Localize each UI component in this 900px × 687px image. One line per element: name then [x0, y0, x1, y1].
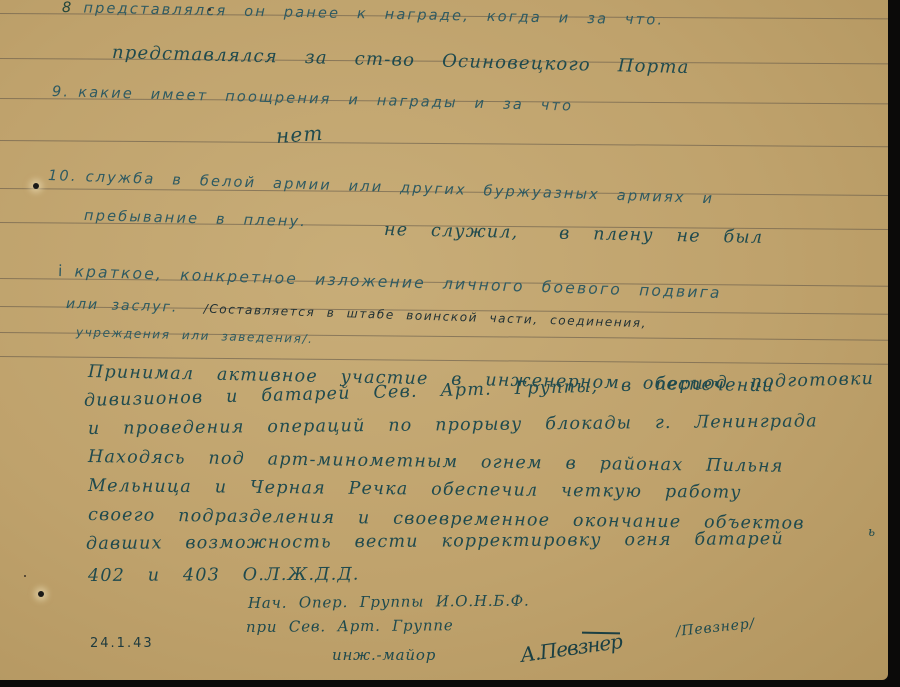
- narrative-margin-mark: ь: [868, 525, 876, 540]
- narrative-line: и проведения операций по прорыву блокады…: [88, 411, 818, 439]
- item-10-answer: не служил, в плену не был: [384, 220, 764, 248]
- punch-hole: [33, 183, 39, 189]
- item-10-question-line2: пребывание в плену.: [84, 208, 308, 230]
- item-9-question: 9.Какие имеет поощрения и награды и за ч…: [52, 84, 574, 115]
- section-1-title-line2: или заслуг. /Составляется в штабе воинск…: [66, 296, 648, 331]
- item-9-answer: нет: [275, 121, 324, 148]
- narrative-line: 402 и 403 О.Л.Ж.Д.Д.: [88, 565, 360, 586]
- item-10-question-line1: 10.Служба в белой армии или других буржу…: [48, 168, 715, 207]
- item-number: 10.: [48, 168, 78, 185]
- item-number: 8: [62, 0, 74, 16]
- handwritten-signature: А.Певзнер: [519, 629, 624, 667]
- scan-border-bottom: [0, 680, 900, 687]
- section-1-note-line2: учреждения или заведения/.: [76, 325, 314, 346]
- narrative-line: Находясь под арт-минометным огнем в райо…: [88, 447, 784, 477]
- paper-speck: [24, 575, 26, 577]
- signer-rank: инж.-майор: [332, 646, 436, 664]
- signer-position-line1: Нач. Опер. Группы И.О.Н.Б.Ф.: [248, 592, 530, 612]
- punch-hole: [38, 591, 44, 597]
- signer-position-line2: при Сев. Арт. Группе: [246, 616, 454, 636]
- narrative-line: давших возможность вести корректировку о…: [86, 529, 784, 554]
- narrative-line: Мельница и Черная Речка обеспечил четкую…: [88, 476, 742, 503]
- item-8-question: 8Представлялся он ранее к награде, когда…: [62, 0, 665, 29]
- paper-speck: [208, 8, 211, 11]
- signer-printed-name: /Певзнер/: [675, 616, 756, 640]
- item-number: 9.: [52, 84, 71, 101]
- item-8-answer: представлялся за ст-во Осиновецкого Порт…: [112, 42, 690, 78]
- section-numeral: I: [58, 262, 65, 280]
- scan-border-right: [888, 0, 900, 687]
- section-1-title-line1: IКраткое, конкретное изложение личного б…: [58, 262, 722, 302]
- document-page: 8Представлялся он ранее к награде, когда…: [0, 0, 888, 680]
- document-date: 24.1.43: [90, 636, 154, 651]
- ruled-line: [0, 140, 888, 147]
